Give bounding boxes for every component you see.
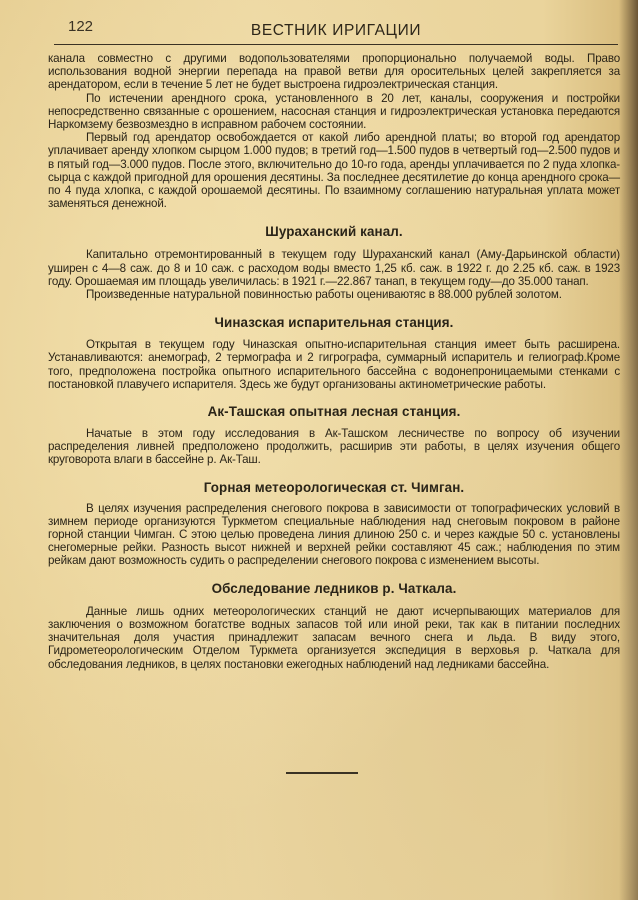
- intro-paragraph: Первый год арендатор освобождается от ка…: [48, 131, 620, 210]
- section-paragraph: Капитально отремонтированный в текущем г…: [48, 248, 620, 288]
- section-title: Обследование ледников р. Чаткала.: [48, 581, 620, 596]
- section-title: Горная метеорологическая ст. Чимган.: [48, 480, 620, 495]
- section-paragraph: Открытая в текущем году Чиназская опытно…: [48, 338, 620, 391]
- intro-paragraph: По истечении арендного срока, установлен…: [48, 92, 620, 132]
- section-paragraph: В целях изучения распределения снегового…: [48, 502, 620, 568]
- intro-paragraph: канала совместно с другими водопользоват…: [48, 52, 620, 92]
- section-paragraph: Произведенные натуральной повинностью ра…: [48, 288, 620, 301]
- section-title: Ак-Ташская опытная лесная станция.: [48, 404, 620, 419]
- article-body: канала совместно с другими водопользоват…: [48, 52, 620, 671]
- scanned-page: 122 ВЕСТНИК ИРИГАЦИИ канала совместно с …: [0, 0, 638, 900]
- journal-title: ВЕСТНИК ИРИГАЦИИ: [54, 22, 618, 40]
- page-header: 122 ВЕСТНИК ИРИГАЦИИ: [54, 18, 618, 45]
- section-title: Чиназская испарительная станция.: [48, 315, 620, 330]
- end-rule-divider: [286, 772, 358, 774]
- section-title: Шураханский канал.: [48, 224, 620, 239]
- section-paragraph: Начатые в этом году исследования в Ак-Та…: [48, 427, 620, 467]
- section-paragraph: Данные лишь одних метеорологических стан…: [48, 605, 620, 671]
